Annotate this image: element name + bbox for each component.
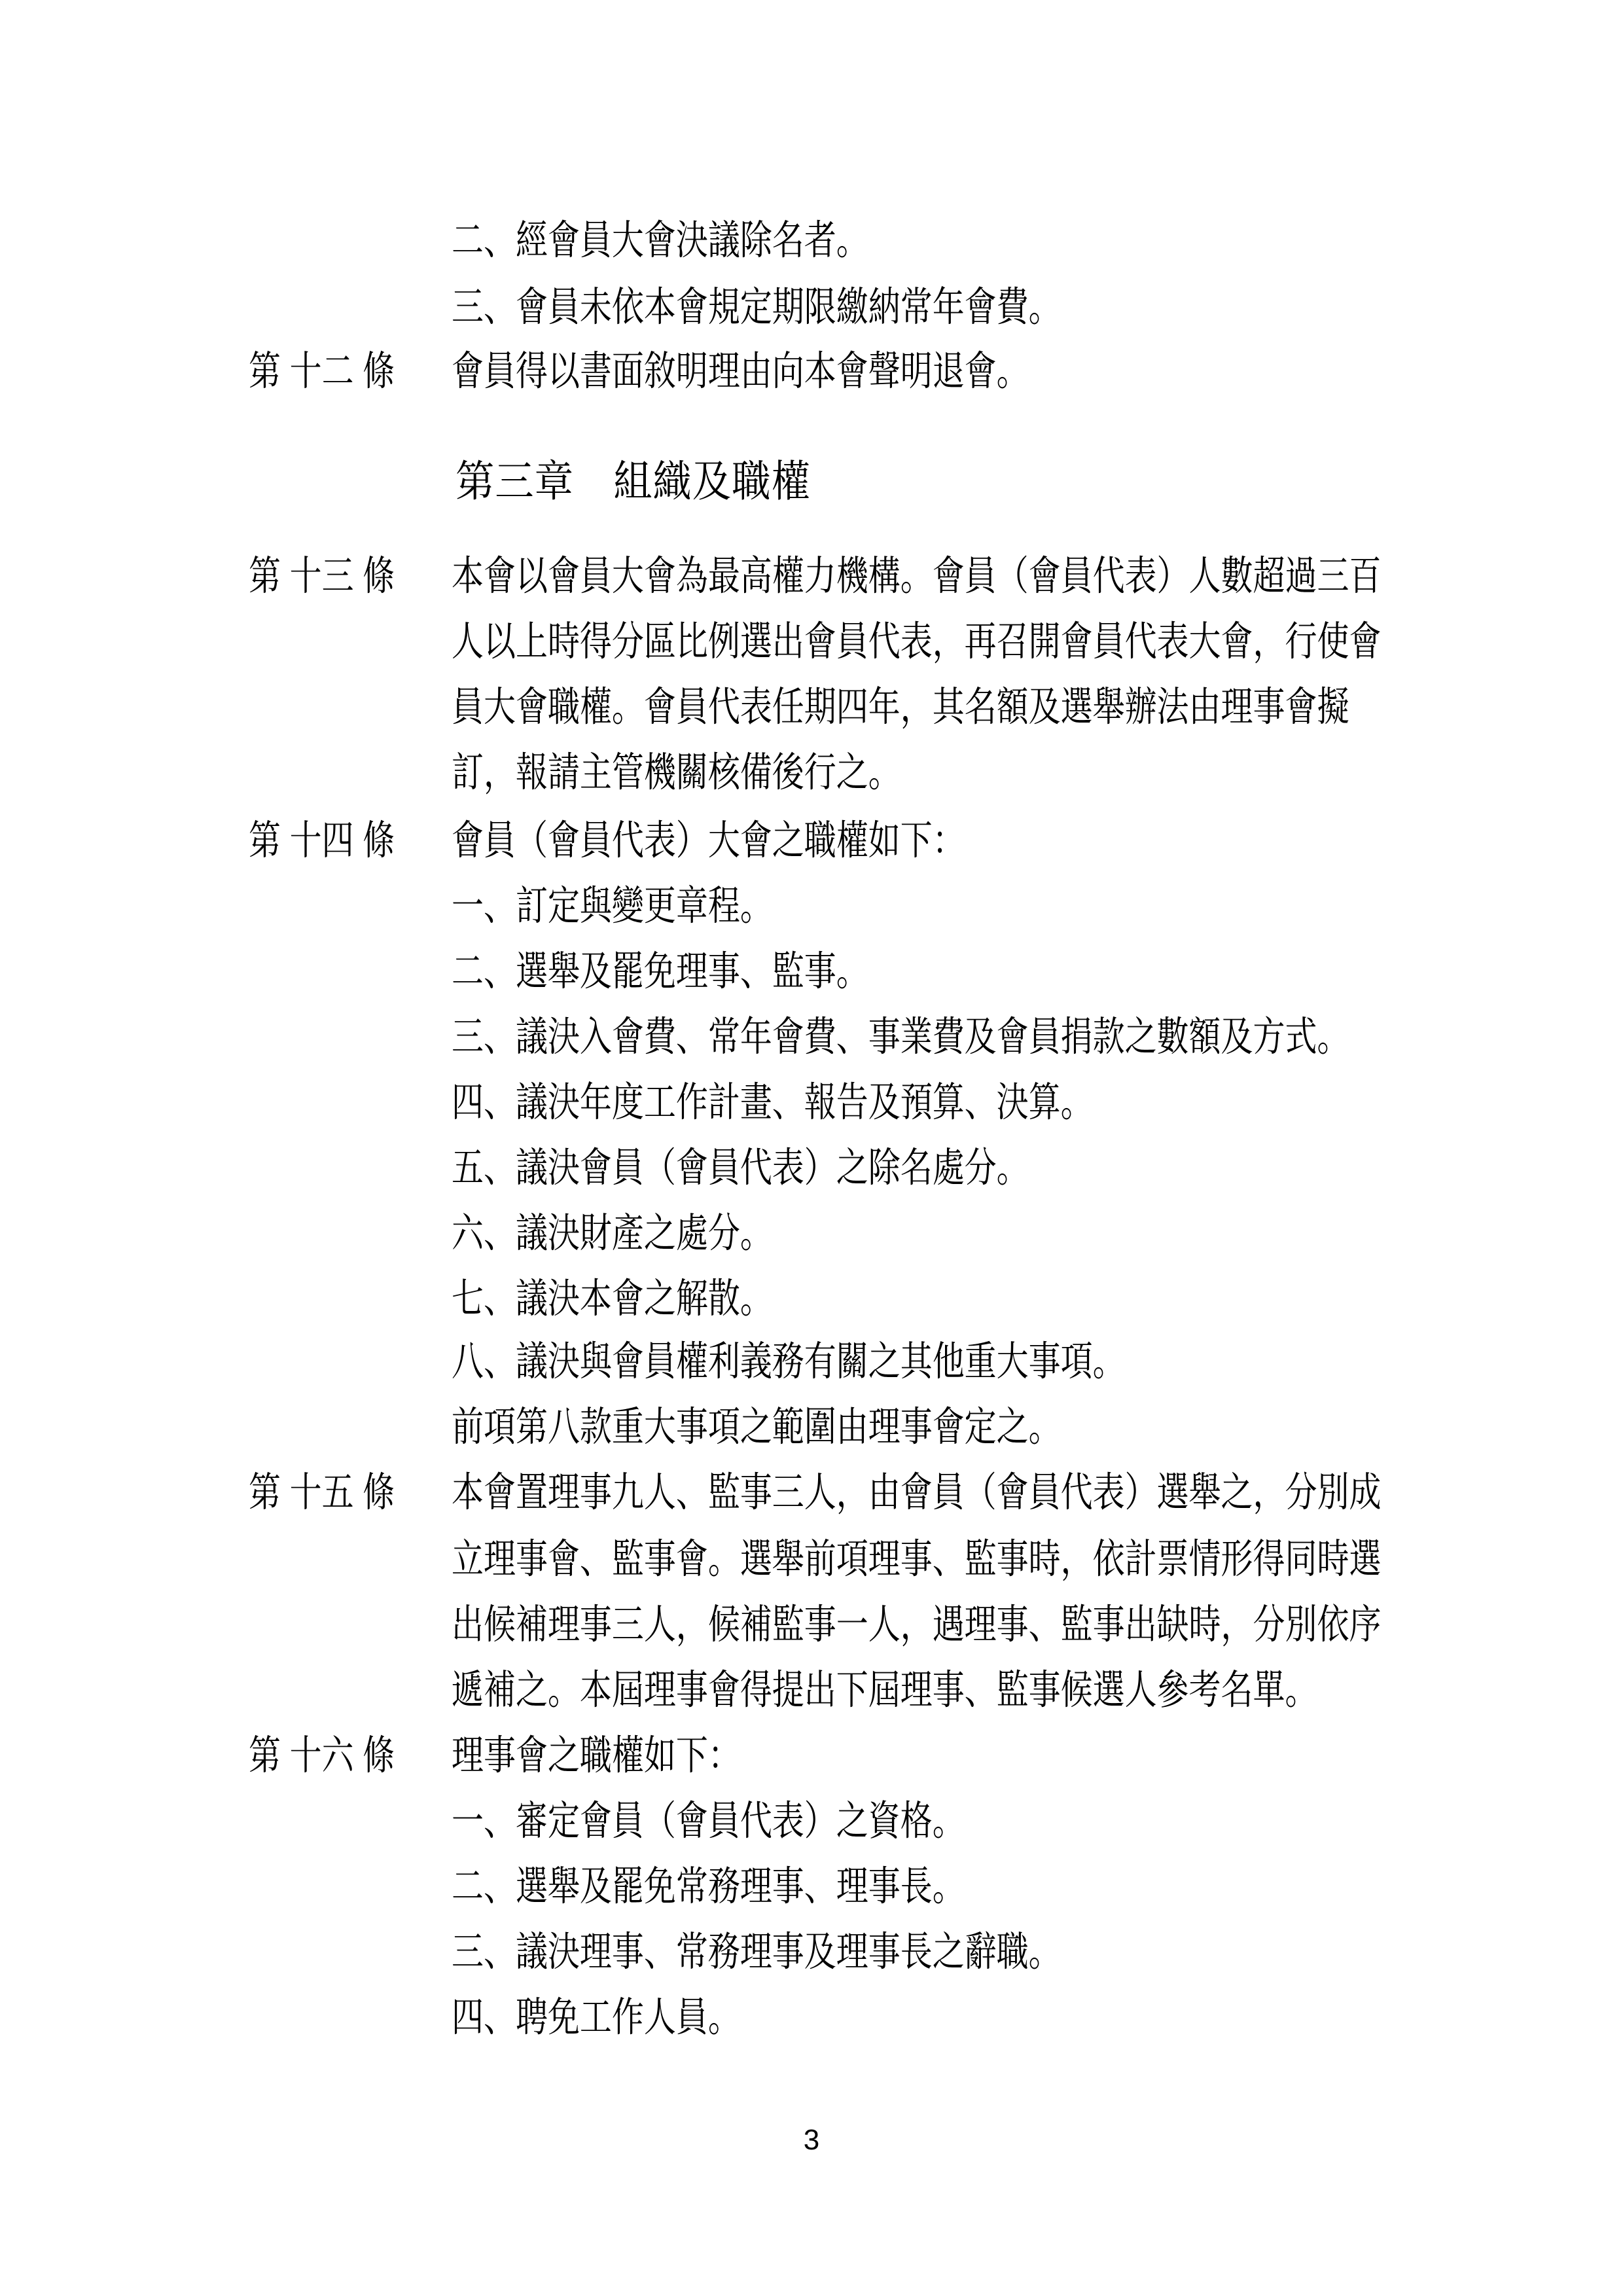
item-text: 三、議決理事、常務理事及理事長之辭職。: [452, 1931, 1061, 1974]
wrapped-line: 訂，報請主管機關核備後行之。: [0, 751, 1623, 804]
item-text: 一、審定會員（會員代表）之資格。: [452, 1800, 965, 1843]
list-item: 五、議決會員（會員代表）之除名處分。: [0, 1147, 1623, 1199]
article-text: 遞補之。本屆理事會得提出下屆理事、監事候選人參考名單。: [452, 1669, 1317, 1712]
chapter-heading-row: 第三章 組織及職權: [0, 458, 1623, 511]
item-text: 五、議決會員（會員代表）之除名處分。: [452, 1147, 1029, 1190]
article-number: 第 十三 條: [249, 555, 395, 598]
list-item: 二、選舉及罷免理事、監事。: [0, 950, 1623, 1003]
item-text: 二、經會員大會決議除名者。: [452, 219, 868, 262]
article-text: 理事會之職權如下：: [452, 1734, 740, 1778]
list-item: 三、會員未依本會規定期限繳納常年會費。: [0, 286, 1623, 338]
article-number: 第 十五 條: [249, 1471, 395, 1515]
list-item: 二、選舉及罷免常務理事、理事長。: [0, 1865, 1623, 1918]
article-row: 第 十二 條 會員得以書面敘明理由向本會聲明退會。: [0, 350, 1623, 403]
article-text: 本會以會員大會為最高權力機構。會員（會員代表）人數超過三百: [452, 555, 1381, 598]
item-text: 三、會員未依本會規定期限繳納常年會費。: [452, 286, 1061, 329]
wrapped-line: 立理事會、監事會。選舉前項理事、監事時，依計票情形得同時選: [0, 1538, 1623, 1590]
article-row: 第 十五 條 本會置理事九人、監事三人，由會員（會員代表）選舉之，分別成: [0, 1471, 1623, 1524]
article-text: 訂，報請主管機關核備後行之。: [452, 751, 901, 795]
article-number: 第 十六 條: [249, 1734, 395, 1778]
article-number: 第 十二 條: [249, 350, 395, 393]
article-text: 本會置理事九人、監事三人，由會員（會員代表）選舉之，分別成: [452, 1471, 1381, 1515]
list-item: 二、經會員大會決議除名者。: [0, 219, 1623, 272]
article-number: 第 十四 條: [249, 819, 395, 863]
list-item: 六、議決財產之處分。: [0, 1212, 1623, 1265]
article-row: 第 十三 條 本會以會員大會為最高權力機構。會員（會員代表）人數超過三百: [0, 555, 1623, 607]
article-row: 第 十六 條 理事會之職權如下：: [0, 1734, 1623, 1787]
list-item: 四、聘免工作人員。: [0, 1996, 1623, 2049]
chapter-heading: 第三章 組織及職權: [455, 458, 811, 504]
article-text: 前項第八款重大事項之範圍由理事會定之。: [452, 1406, 1061, 1449]
list-item: 八、議決與會員權利義務有關之其他重大事項。: [0, 1340, 1623, 1393]
article-text: 人以上時得分區比例選出會員代表，再召開會員代表大會，行使會: [452, 620, 1381, 664]
item-text: 四、議決年度工作計畫、報告及預算、決算。: [452, 1081, 1093, 1124]
item-text: 八、議決與會員權利義務有關之其他重大事項。: [452, 1340, 1125, 1384]
article-text: 員大會職權。會員代表任期四年，其名額及選舉辦法由理事會擬: [452, 686, 1349, 729]
item-text: 四、聘免工作人員。: [452, 1996, 740, 2039]
item-text: 六、議決財產之處分。: [452, 1212, 772, 1255]
list-item: 一、審定會員（會員代表）之資格。: [0, 1800, 1623, 1852]
document-page: 二、經會員大會決議除名者。 三、會員未依本會規定期限繳納常年會費。 第 十二 條…: [0, 0, 1623, 2296]
wrapped-line: 員大會職權。會員代表任期四年，其名額及選舉辦法由理事會擬: [0, 686, 1623, 738]
article-row: 第 十四 條 會員（會員代表）大會之職權如下：: [0, 819, 1623, 872]
page-number: 3: [0, 2125, 1623, 2156]
list-item: 七、議決本會之解散。: [0, 1278, 1623, 1330]
list-item: 三、議決理事、常務理事及理事長之辭職。: [0, 1931, 1623, 1983]
item-text: 七、議決本會之解散。: [452, 1278, 772, 1321]
list-item: 三、議決入會費、常年會費、事業費及會員捐款之數額及方式。: [0, 1016, 1623, 1068]
wrapped-line: 人以上時得分區比例選出會員代表，再召開會員代表大會，行使會: [0, 620, 1623, 673]
article-text: 會員（會員代表）大會之職權如下：: [452, 819, 965, 863]
item-text: 一、訂定與變更章程。: [452, 885, 772, 928]
list-item: 一、訂定與變更章程。: [0, 885, 1623, 937]
list-item: 四、議決年度工作計畫、報告及預算、決算。: [0, 1081, 1623, 1134]
item-text: 三、議決入會費、常年會費、事業費及會員捐款之數額及方式。: [452, 1016, 1349, 1059]
article-text: 立理事會、監事會。選舉前項理事、監事時，依計票情形得同時選: [452, 1538, 1381, 1581]
item-text: 二、選舉及罷免常務理事、理事長。: [452, 1865, 965, 1909]
article-text: 出候補理事三人，候補監事一人，遇理事、監事出缺時，分別依序: [452, 1604, 1381, 1647]
item-text: 二、選舉及罷免理事、監事。: [452, 950, 868, 994]
article-text: 會員得以書面敘明理由向本會聲明退會。: [452, 350, 1029, 393]
wrapped-line: 出候補理事三人，候補監事一人，遇理事、監事出缺時，分別依序: [0, 1604, 1623, 1656]
wrapped-line: 前項第八款重大事項之範圍由理事會定之。: [0, 1406, 1623, 1458]
wrapped-line: 遞補之。本屆理事會得提出下屆理事、監事候選人參考名單。: [0, 1669, 1623, 1721]
